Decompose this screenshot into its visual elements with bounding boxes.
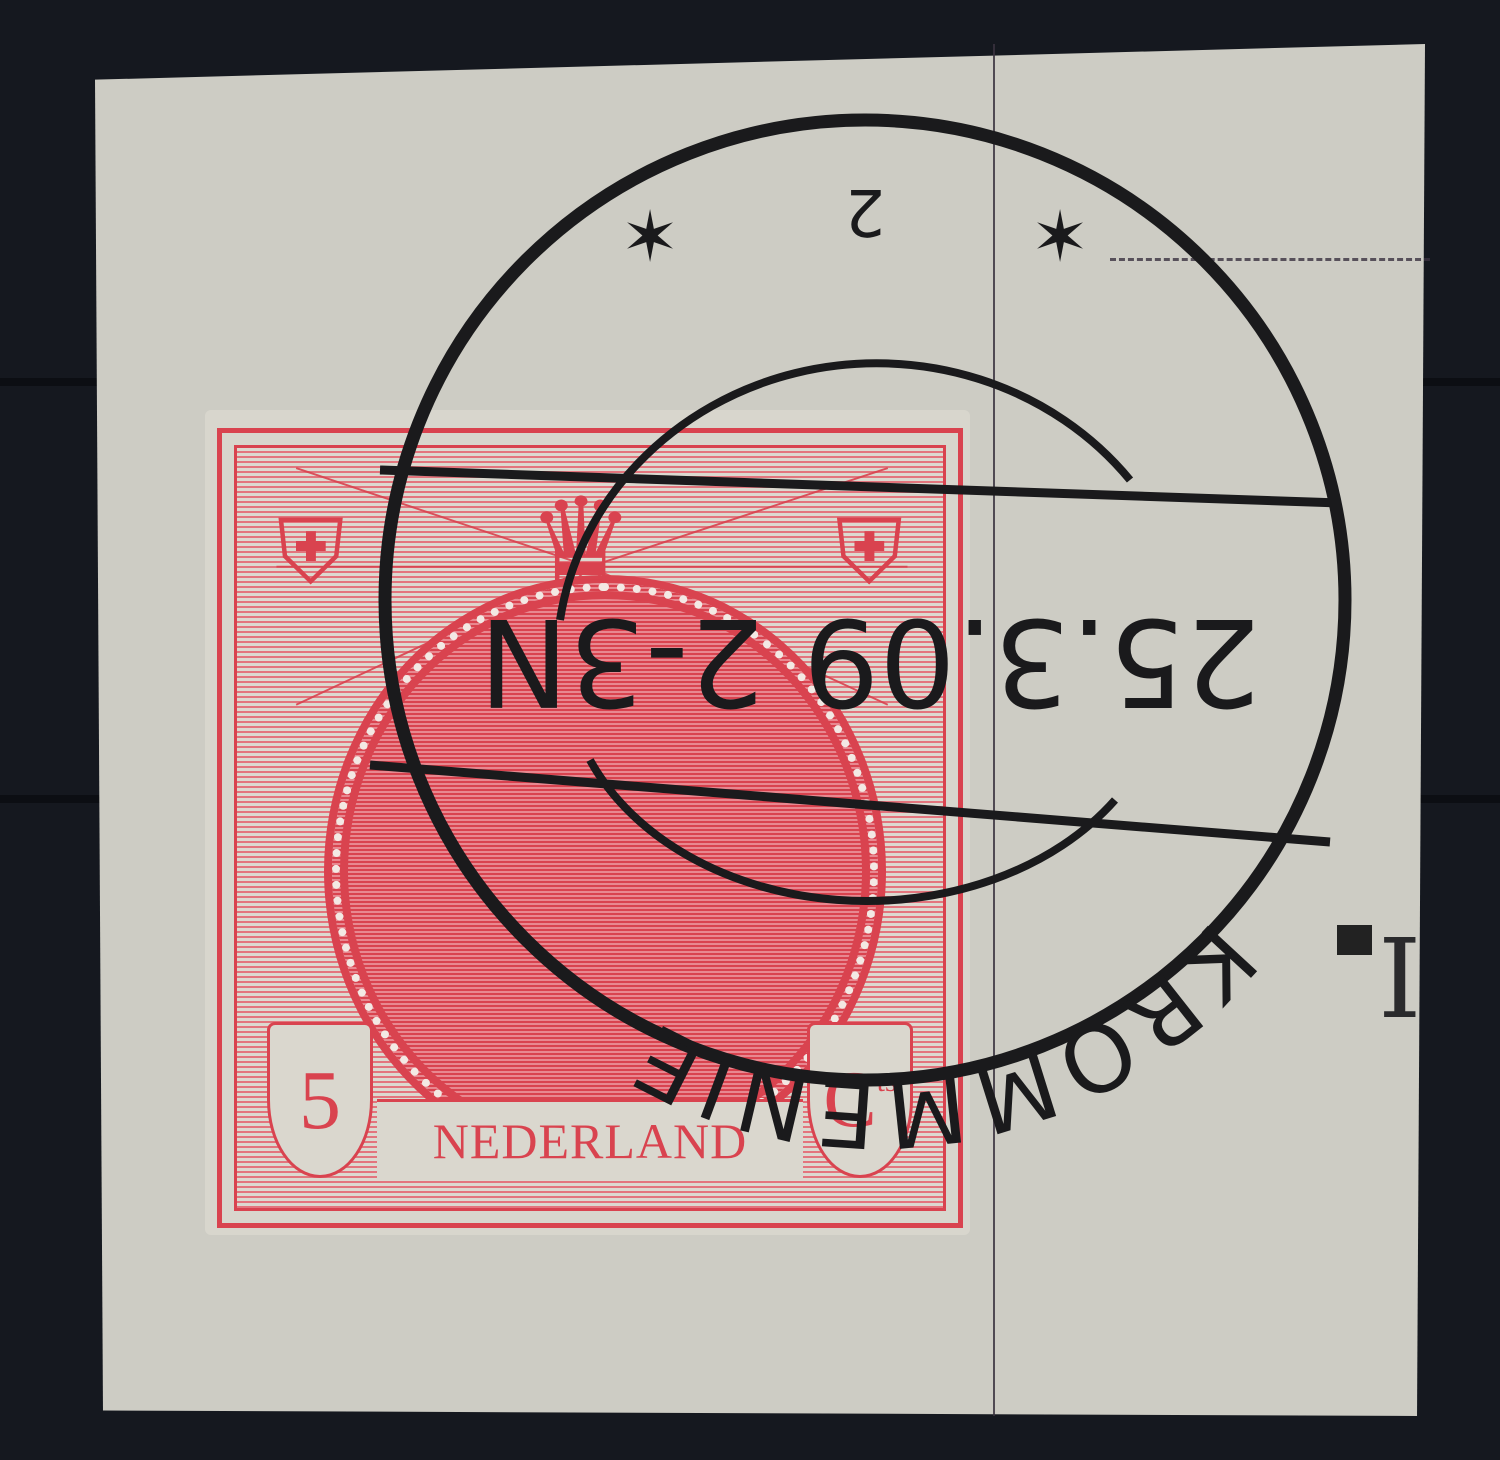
denomination-box: 5 xyxy=(267,1022,373,1178)
currency-label: C xyxy=(823,1055,876,1146)
paper-mark-square xyxy=(1337,925,1372,955)
portrait-oval xyxy=(332,583,878,1159)
postage-stamp: ♛ ⛨ ⛨ 5 NEDERLAND Cts xyxy=(205,410,970,1235)
perforation-bottom xyxy=(205,1225,970,1245)
crown-icon: ♛ xyxy=(527,483,635,603)
paper-ruled-line xyxy=(993,44,995,1416)
currency-box: Cts xyxy=(807,1022,913,1178)
currency-suffix: ts xyxy=(877,1065,897,1099)
stamp-design-frame: ♛ ⛨ ⛨ 5 NEDERLAND Cts xyxy=(217,428,963,1228)
perforation-left xyxy=(195,410,215,1235)
coat-of-arms-right-icon: ⛨ xyxy=(836,508,904,598)
paper-dashed-line xyxy=(1110,258,1430,261)
perforation-right xyxy=(960,410,980,1235)
coat-of-arms-left-icon: ⛨ xyxy=(277,508,345,598)
denomination-value: 5 xyxy=(299,1052,341,1149)
country-label: NEDERLAND xyxy=(377,1099,803,1180)
country-name: NEDERLAND xyxy=(433,1112,748,1170)
paper-mark-letter: I xyxy=(1378,920,1421,1030)
stamp-background: ♛ ⛨ ⛨ 5 NEDERLAND Cts xyxy=(234,445,946,1211)
perforation-top xyxy=(205,400,970,420)
